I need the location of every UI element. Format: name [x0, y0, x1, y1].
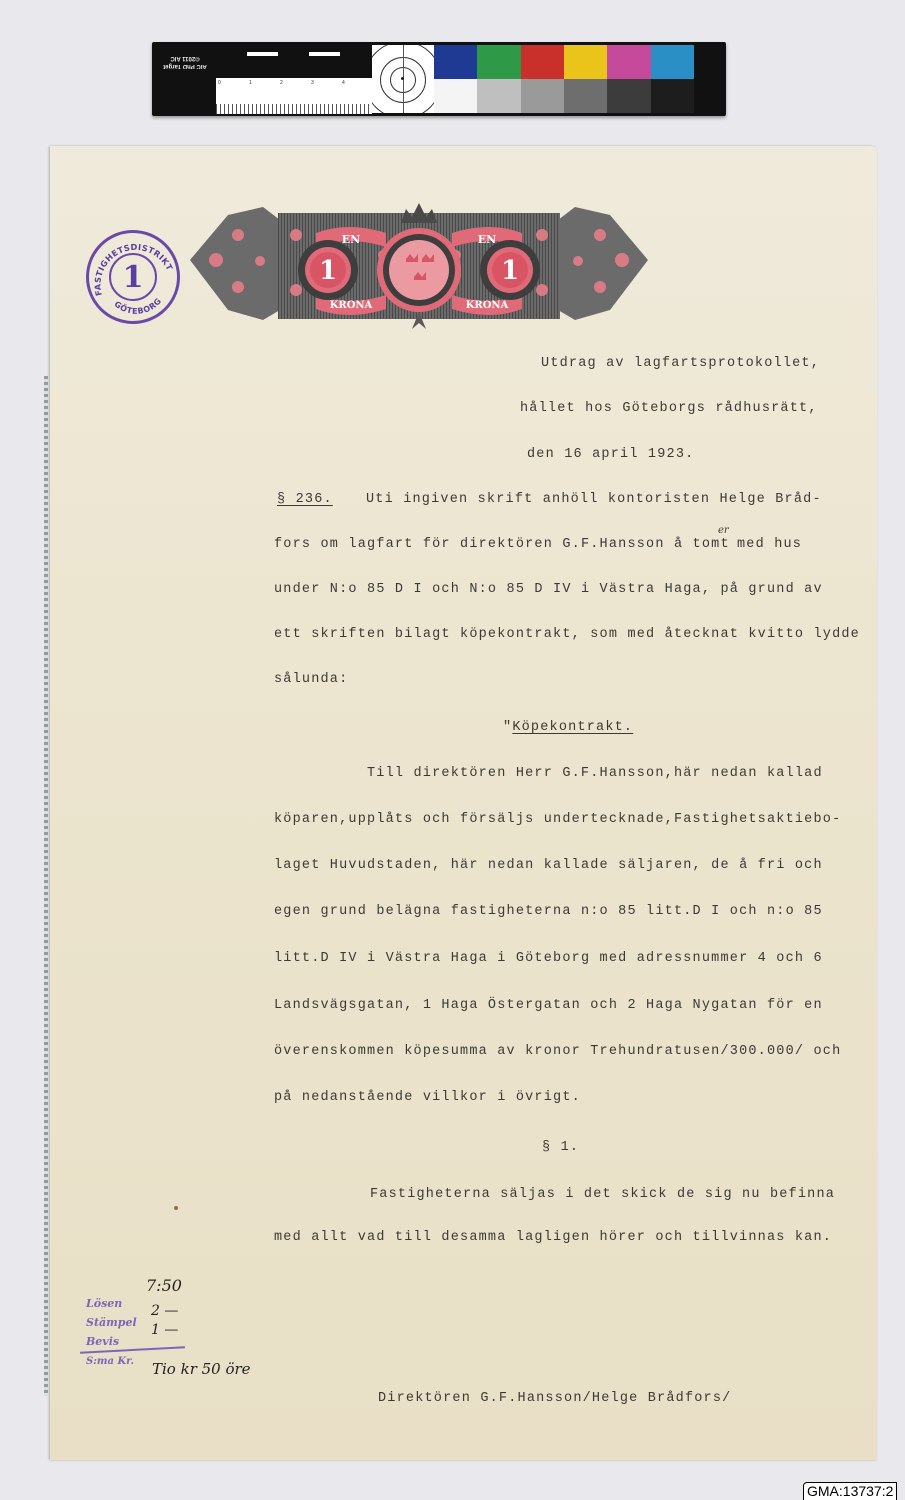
- target-brand-line: ©2011 AIC: [160, 54, 210, 62]
- paragraph-2-line: Landsvägsgatan, 1 Haga Östergatan och 2 …: [274, 998, 823, 1013]
- paragraph-2-line: Till direktören Herr G.F.Hansson,här ned…: [367, 766, 823, 781]
- ruler-number: 3: [311, 80, 314, 86]
- ruler-block: [247, 52, 278, 56]
- fee-value-losen: 7:50: [146, 1276, 182, 1295]
- heading-line-1: Utdrag av lagfartsprotokollet,: [541, 356, 820, 371]
- swatch-gray-3: [564, 79, 607, 113]
- paragraph-1-line: Uti ingiven skrift anhöll kontoristen He…: [366, 492, 822, 507]
- swatch-magenta: [607, 45, 650, 79]
- paragraph-2-line: köparen,upplåts och försäljs underteckna…: [274, 812, 841, 827]
- bullseye-icon: [372, 45, 434, 113]
- swatch-white: [434, 79, 477, 113]
- paragraph-2-line: på nedanstående villkor i övrigt.: [274, 1090, 581, 1105]
- paragraph-3-line: Fastigheterna säljas i det skick de sig …: [370, 1187, 835, 1202]
- fee-value-stampel: 2 —: [151, 1303, 178, 1319]
- heading-line-2: hållet hos Göteborgs rådhusrätt,: [520, 401, 818, 416]
- svg-text:1: 1: [501, 256, 519, 286]
- seal-center-number: 1: [109, 253, 157, 301]
- document-page: [50, 146, 877, 1460]
- target-brand: AIC PhD Target ©2011 AIC: [160, 54, 210, 70]
- svg-text:1: 1: [319, 256, 337, 286]
- ruler-number: 0: [218, 80, 221, 86]
- svg-text:KRONA: KRONA: [330, 300, 373, 311]
- ruler-ticks: [216, 104, 372, 114]
- revenue-stamp: EN EN KRONA KRONA 1 1: [188, 195, 650, 335]
- swatch-green: [477, 45, 520, 79]
- swatch-cyan: [651, 45, 694, 79]
- paragraph-2-line: laget Huvudstaden, här nedan kallade säl…: [274, 858, 823, 873]
- paragraph-1-line: sålunda:: [274, 672, 348, 687]
- ruler-number: 4: [342, 80, 345, 86]
- paper-spot: [174, 1206, 178, 1210]
- svg-text:EN: EN: [342, 233, 360, 246]
- heading-line-3: den 16 april 1923.: [527, 447, 694, 462]
- fee-value-bevis: 1 —: [151, 1322, 178, 1338]
- swatch-red: [521, 45, 564, 79]
- section-number: § 236.: [277, 492, 333, 507]
- swatch-yellow: [564, 45, 607, 79]
- binding-thread: [44, 376, 48, 1396]
- paragraph-1-line: ett skriften bilagt köpekontrakt, som me…: [274, 627, 860, 642]
- signature-line: Direktören G.F.Hansson/Helge Brådfors/: [378, 1391, 731, 1406]
- svg-text:KRONA: KRONA: [466, 300, 509, 311]
- swatch-gray-4: [607, 79, 650, 113]
- swatch-gray-1: [477, 79, 520, 113]
- paragraph-1-line: under N:o 85 D I och N:o 85 D IV i Västr…: [274, 582, 823, 597]
- quote-mark: ": [503, 720, 512, 735]
- catalog-number-label: GMA:13737:2: [803, 1482, 897, 1500]
- paragraph-3-line: med allt vad till desamma lagligen hörer…: [274, 1230, 832, 1245]
- color-calibration-target: AIC PhD Target ©2011 AIC 0 1 2 3 4: [152, 42, 726, 116]
- fee-label-stampel: Stämpel: [86, 1316, 137, 1329]
- contract-title: "Köpekontrakt.: [503, 720, 633, 735]
- fee-total-handwritten: Tio kr 50 öre: [152, 1360, 251, 1378]
- svg-text:EN: EN: [478, 233, 496, 246]
- ruler-block: [247, 56, 278, 64]
- swatch-blue: [434, 45, 477, 79]
- ruler-number: 1: [249, 80, 252, 86]
- swatch-black: [651, 79, 694, 113]
- scale-ruler: 0 1 2 3 4: [216, 78, 372, 114]
- revenue-stamp-graphic: EN EN KRONA KRONA 1 1: [188, 195, 650, 335]
- ruler-number: 2: [280, 80, 283, 86]
- paragraph-1-line: med hus: [737, 537, 802, 552]
- paragraph-1-line: fors om lagfart för direktören G.F.Hanss…: [274, 537, 730, 552]
- clause-number: § 1.: [542, 1140, 579, 1155]
- fee-label-total: S:ma Kr.: [86, 1356, 134, 1367]
- fee-label-bevis: Bevis: [86, 1335, 119, 1348]
- district-seal: FASTIGHETSDISTRIKT GÖTEBORG 1: [86, 230, 180, 324]
- paragraph-2-line: litt.D IV i Västra Haga i Göteborg med a…: [274, 951, 823, 966]
- color-swatches: [434, 45, 694, 113]
- contract-title-text: Köpekontrakt.: [512, 720, 633, 735]
- ruler-block: [309, 56, 340, 64]
- paragraph-2-line: överenskommen köpesumma av kronor Trehun…: [274, 1044, 841, 1059]
- ruler-block: [309, 52, 340, 56]
- handwritten-correction: er: [718, 525, 729, 536]
- swatch-gray-2: [521, 79, 564, 113]
- target-brand-line: AIC PhD Target: [160, 62, 210, 70]
- paragraph-2-line: egen grund belägna fastigheterna n:o 85 …: [274, 904, 823, 919]
- fee-label-losen: Lösen: [86, 1297, 122, 1310]
